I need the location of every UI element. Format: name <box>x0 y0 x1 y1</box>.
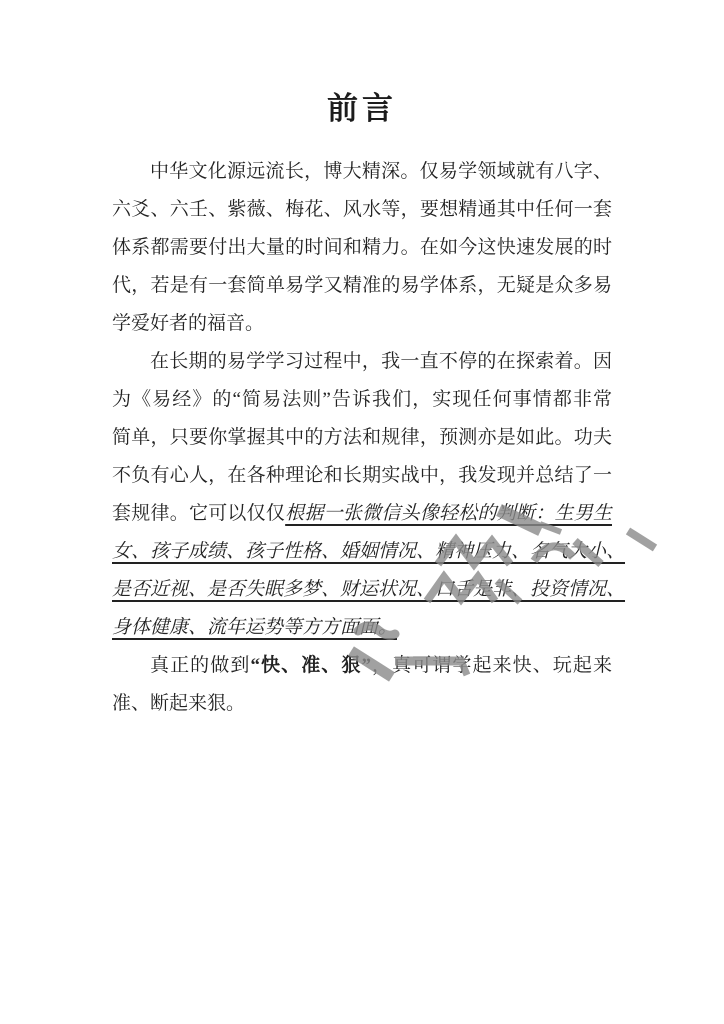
text-run: 六爻、六壬、紫薇、梅花、风水等，要想精通其中任何一套 <box>112 199 612 220</box>
text-line: 学爱好者的福音。 <box>112 305 612 343</box>
text-line: 身体健康、流年运势等方方面面。 <box>112 609 612 647</box>
text-run: 为《易经》的“简易法则”告诉我们，实现任何事情都非常 <box>112 389 612 410</box>
text-run: 身体健康、流年运势等方方面面。 <box>112 617 397 638</box>
text-run: 是否近视、是否失眠多梦、财运状况、口舌是非、投资情况、 <box>112 579 625 600</box>
text-line: 真正的做到“快、准、狠”，真可谓学起来快、玩起来 <box>112 647 612 685</box>
text-line: 为《易经》的“简易法则”告诉我们，实现任何事情都非常 <box>112 381 612 419</box>
text-line: 中华文化源远流长，博大精深。仅易学领域就有八字、 <box>112 153 612 191</box>
text-run: 根据一张微信头像轻松的判断：生男生 <box>285 503 612 524</box>
text-line: 代，若是有一套简单易学又精准的易学体系，无疑是众多易 <box>112 267 612 305</box>
page-title: 前言 <box>0 0 724 127</box>
text-line: 套规律。它可以仅仅根据一张微信头像轻松的判断：生男生 <box>112 495 612 533</box>
text-run: 真正的做到 <box>150 655 250 676</box>
text-line: 女、孩子成绩、孩子性格、婚姻情况、精神压力、名气大小、 <box>112 533 612 571</box>
text-run: 中华文化源远流长，博大精深。仅易学领域就有八字、 <box>150 161 612 182</box>
text-run: ，真可谓学起来快、玩起来 <box>371 655 612 676</box>
document-body: 中华文化源远流长，博大精深。仅易学领域就有八字、六爻、六壬、紫薇、梅花、风水等，… <box>112 153 612 723</box>
text-line: 准、断起来狠。 <box>112 685 612 723</box>
text-run: 套规律。它可以仅仅 <box>112 503 285 524</box>
text-run: 在长期的易学学习过程中，我一直不停的在探索着。因 <box>150 351 612 372</box>
text-line: 是否近视、是否失眠多梦、财运状况、口舌是非、投资情况、 <box>112 571 612 609</box>
document-page: 前言 中华文化源远流长，博大精深。仅易学领域就有八字、六爻、六壬、紫薇、梅花、风… <box>0 0 724 1024</box>
text-run: 不负有心人，在各种理论和长期实战中，我发现并总结了一 <box>112 465 612 486</box>
text-run: 简单，只要你掌握其中的方法和规律，预测亦是如此。功夫 <box>112 427 612 448</box>
text-run: 准、断起来狠。 <box>112 693 245 714</box>
text-line: 在长期的易学学习过程中，我一直不停的在探索着。因 <box>112 343 612 381</box>
text-line: 不负有心人，在各种理论和长期实战中，我发现并总结了一 <box>112 457 612 495</box>
text-line: 六爻、六壬、紫薇、梅花、风水等，要想精通其中任何一套 <box>112 191 612 229</box>
text-run: 代，若是有一套简单易学又精准的易学体系，无疑是众多易 <box>112 275 612 296</box>
text-run: “快、准、狠” <box>250 655 371 676</box>
text-line: 体系都需要付出大量的时间和精力。在如今这快速发展的时 <box>112 229 612 267</box>
text-line: 简单，只要你掌握其中的方法和规律，预测亦是如此。功夫 <box>112 419 612 457</box>
text-run: 体系都需要付出大量的时间和精力。在如今这快速发展的时 <box>112 237 612 258</box>
text-run: 学爱好者的福音。 <box>112 313 264 334</box>
text-run: 女、孩子成绩、孩子性格、婚姻情况、精神压力、名气大小、 <box>112 541 625 562</box>
